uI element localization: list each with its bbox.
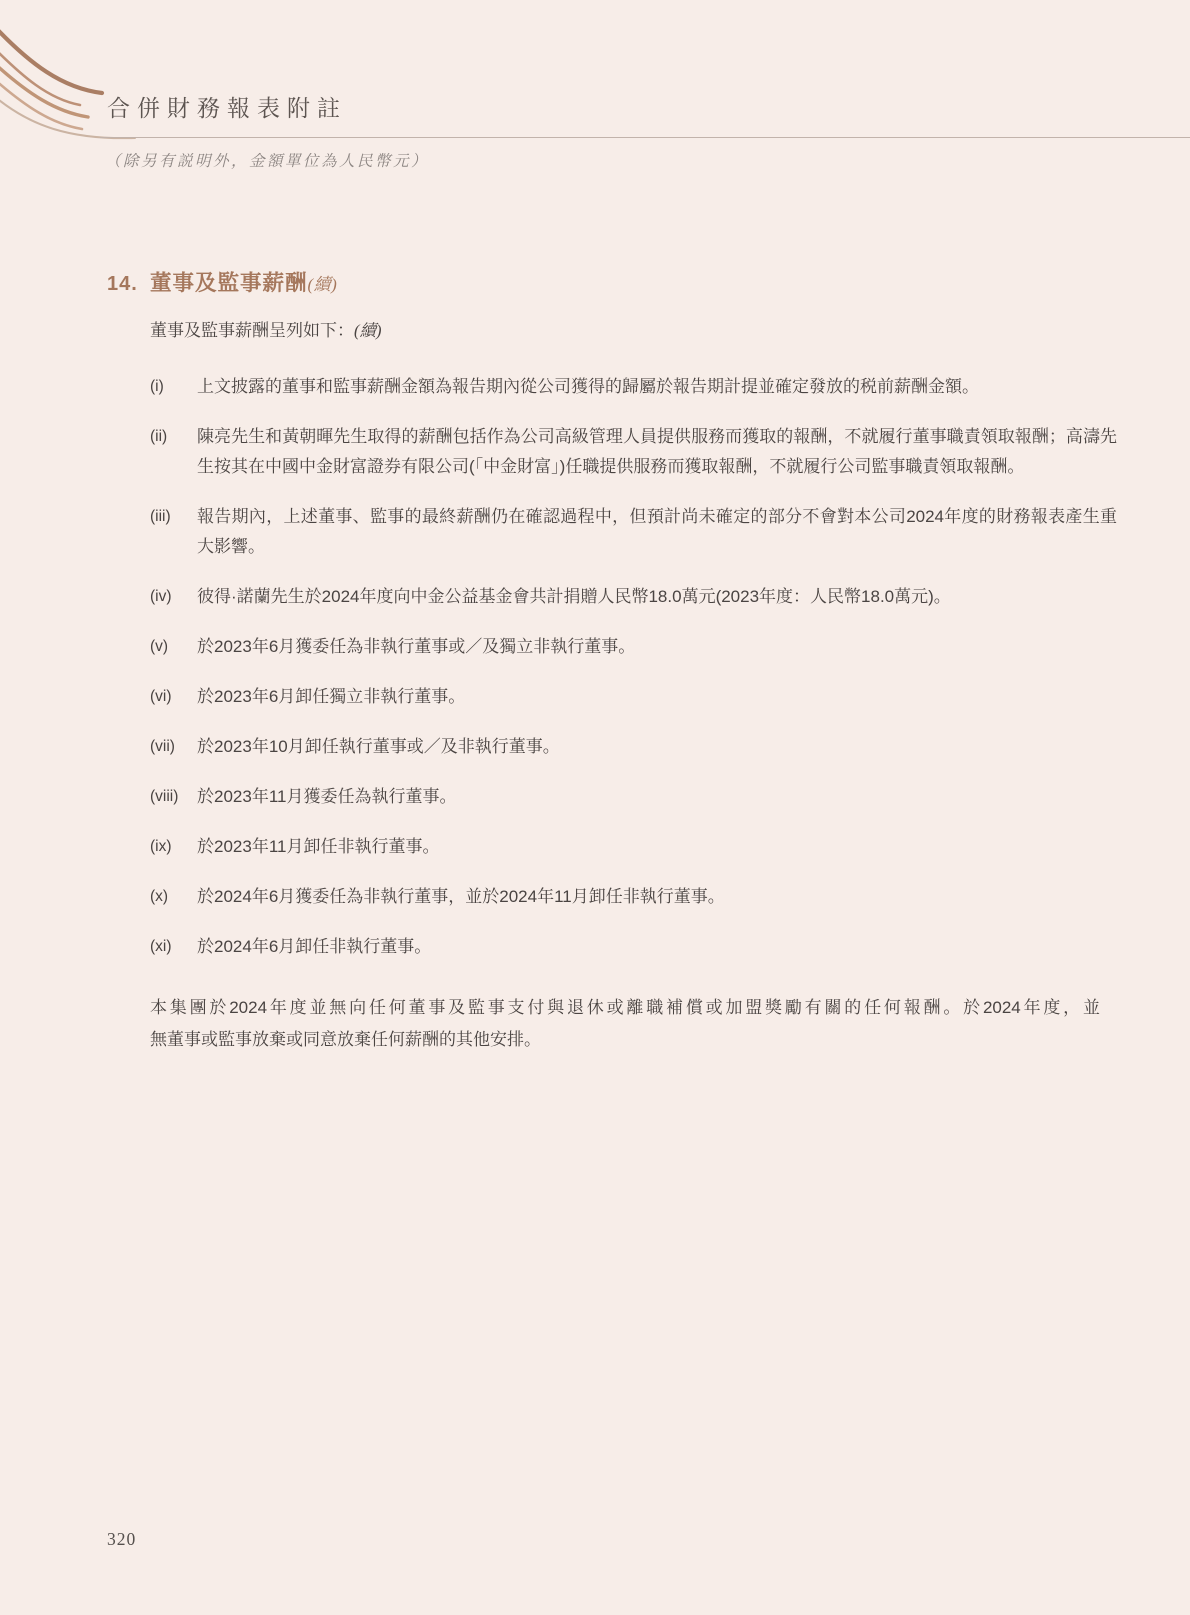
footnote-text: 上文披露的董事和監事薪酬金額為報告期內從公司獲得的歸屬於報告期計提並確定發放的税…	[197, 372, 1117, 402]
section-intro: 董事及監事薪酬呈列如下：(續)	[150, 316, 382, 341]
footnote-item: (x) 於2024年6月獲委任為非執行董事，並於2024年11月卸任非執行董事。	[150, 882, 1117, 912]
footnote-item: (xi) 於2024年6月卸任非執行董事。	[150, 932, 1117, 962]
header-divider	[100, 137, 1190, 138]
footnote-text: 於2024年6月卸任非執行董事。	[197, 932, 1117, 962]
footnote-label: (i)	[150, 372, 197, 402]
section-intro-continued-marker: (續)	[354, 321, 382, 340]
footnote-item: (iii) 報告期內，上述董事、監事的最終薪酬仍在確認過程中，但預計尚未確定的部…	[150, 502, 1117, 562]
closing-line: 無董事或監事放棄或同意放棄任何薪酬的其他安排。	[150, 1024, 1100, 1056]
section-continued-marker: (續)	[308, 275, 338, 294]
footnote-item: (vii) 於2023年10月卸任執行董事或／及非執行董事。	[150, 732, 1117, 762]
page-title: 合併財務報表附註	[107, 90, 347, 123]
footnote-text: 於2023年11月獲委任為執行董事。	[197, 782, 1117, 812]
footnote-item: (iv) 彼得·諾蘭先生於2024年度向中金公益基金會共計捐贈人民幣18.0萬元…	[150, 582, 1117, 612]
footnote-text: 陳亮先生和黃朝暉先生取得的薪酬包括作為公司高級管理人員提供服務而獲取的報酬，不就…	[197, 422, 1117, 482]
page-subtitle: （除另有説明外，金額單位為人民幣元）	[105, 149, 429, 171]
report-page: 合併財務報表附註 （除另有説明外，金額單位為人民幣元） 14.董事及監事薪酬(續…	[0, 0, 1190, 1615]
footnote-label: (xi)	[150, 932, 197, 962]
footnote-item: (viii) 於2023年11月獲委任為執行董事。	[150, 782, 1117, 812]
footnote-text: 報告期內，上述董事、監事的最終薪酬仍在確認過程中，但預計尚未確定的部分不會對本公…	[197, 502, 1117, 562]
section-heading: 14.董事及監事薪酬(續)	[107, 266, 337, 297]
footnote-label: (ii)	[150, 422, 197, 482]
section-intro-text: 董事及監事薪酬呈列如下：	[150, 321, 354, 340]
section-title: 董事及監事薪酬	[150, 271, 308, 295]
footnote-item: (v) 於2023年6月獲委任為非執行董事或／及獨立非執行董事。	[150, 632, 1117, 662]
footnote-label: (iii)	[150, 502, 197, 562]
swoosh-curves-icon	[0, 0, 260, 160]
footnote-text: 於2023年10月卸任執行董事或／及非執行董事。	[197, 732, 1117, 762]
footnote-label: (ix)	[150, 832, 197, 862]
footnote-item: (ii) 陳亮先生和黃朝暉先生取得的薪酬包括作為公司高級管理人員提供服務而獲取的…	[150, 422, 1117, 482]
footnote-text: 於2023年6月卸任獨立非執行董事。	[197, 682, 1117, 712]
footnote-text: 於2024年6月獲委任為非執行董事，並於2024年11月卸任非執行董事。	[197, 882, 1117, 912]
footnote-item: (i) 上文披露的董事和監事薪酬金額為報告期內從公司獲得的歸屬於報告期計提並確定…	[150, 372, 1117, 402]
footnote-label: (v)	[150, 632, 197, 662]
section-number: 14.	[107, 273, 150, 296]
closing-paragraph: 本集團於2024年度並無向任何董事及監事支付與退休或離職補償或加盟獎勵有關的任何…	[150, 992, 1100, 1056]
footnote-item: (vi) 於2023年6月卸任獨立非執行董事。	[150, 682, 1117, 712]
footnote-label: (x)	[150, 882, 197, 912]
footnote-list: (i) 上文披露的董事和監事薪酬金額為報告期內從公司獲得的歸屬於報告期計提並確定…	[150, 372, 1117, 1056]
footnote-text: 彼得·諾蘭先生於2024年度向中金公益基金會共計捐贈人民幣18.0萬元(2023…	[197, 582, 1117, 612]
footnote-label: (vi)	[150, 682, 197, 712]
page-number: 320	[107, 1529, 136, 1550]
footnote-label: (iv)	[150, 582, 197, 612]
footnote-text: 於2023年11月卸任非執行董事。	[197, 832, 1117, 862]
footnote-label: (vii)	[150, 732, 197, 762]
footnote-label: (viii)	[150, 782, 197, 812]
closing-line: 本集團於2024年度並無向任何董事及監事支付與退休或離職補償或加盟獎勵有關的任何…	[150, 992, 1100, 1024]
footnote-text: 於2023年6月獲委任為非執行董事或／及獨立非執行董事。	[197, 632, 1117, 662]
footnote-item: (ix) 於2023年11月卸任非執行董事。	[150, 832, 1117, 862]
